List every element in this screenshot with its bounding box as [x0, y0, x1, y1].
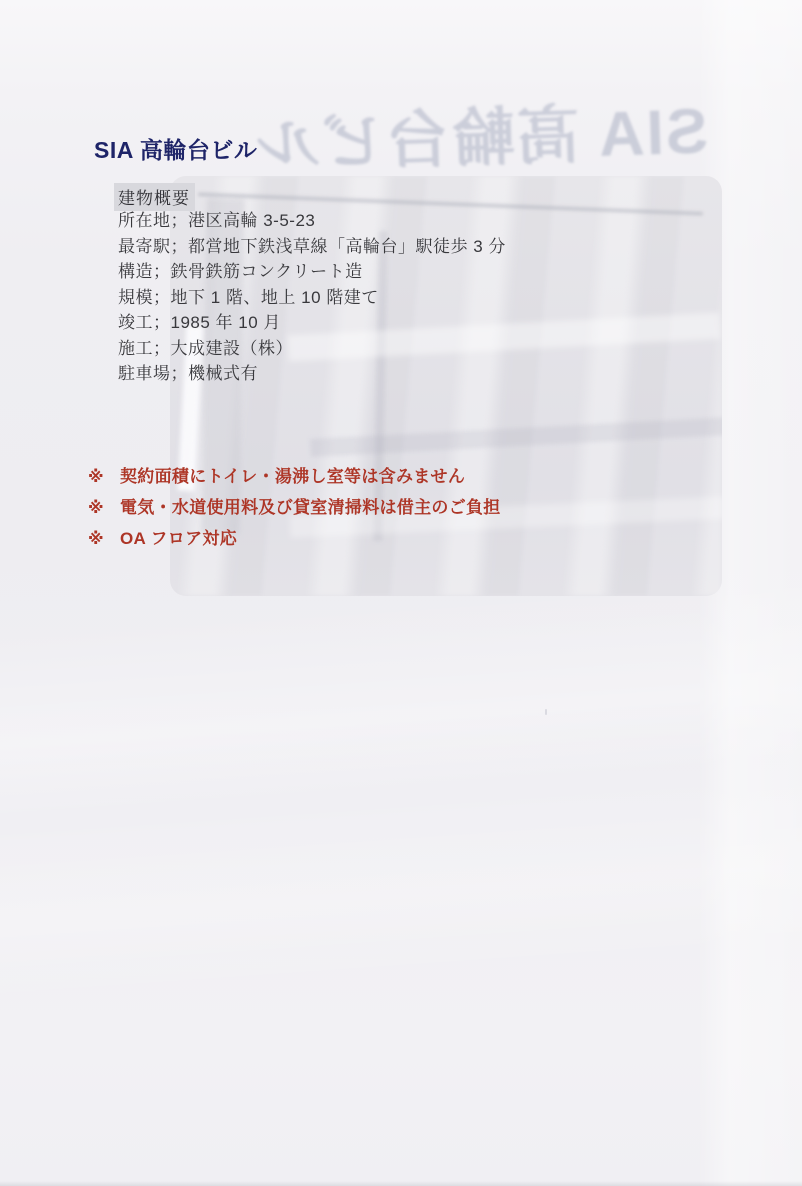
detail-line: 施工；大成建設（株）	[118, 336, 598, 362]
detail-line: 規模；地下 1 階、地上 10 階建て	[118, 285, 598, 311]
detail-line: 最寄駅；都営地下鉄浅草線「高輪台」駅徒歩 3 分	[118, 234, 598, 260]
detail-line: 竣工；1985 年 10 月	[118, 310, 598, 336]
note-line: ※OA フロア対応	[88, 524, 648, 555]
page-content: SIA 高輪台ビル 建物概要 所在地；港区高輪 3-5-23 最寄駅；都営地下鉄…	[0, 0, 802, 1186]
section-heading: 建物概要	[114, 183, 195, 211]
note-marker-icon: ※	[88, 529, 120, 549]
note-text: OA フロア対応	[120, 529, 237, 548]
detail-line: 構造；鉄骨鉄筋コンクリート造	[118, 259, 598, 285]
detail-line: 駐車場；機械式有	[118, 361, 598, 387]
note-text: 電気・水道使用料及び貸室清掃料は借主のご負担	[120, 498, 501, 517]
building-title: SIA 高輪台ビル	[94, 132, 257, 165]
detail-line: 所在地；港区高輪 3-5-23	[118, 208, 598, 234]
note-text: 契約面積にトイレ・湯沸し室等は含みません	[120, 467, 465, 486]
notes-list: ※契約面積にトイレ・湯沸し室等は含みません ※電気・水道使用料及び貸室清掃料は借…	[88, 462, 648, 555]
note-line: ※電気・水道使用料及び貸室清掃料は借主のご負担	[88, 493, 648, 524]
note-marker-icon: ※	[88, 498, 120, 518]
note-line: ※契約面積にトイレ・湯沸し室等は含みません	[88, 462, 648, 493]
building-details: 所在地；港区高輪 3-5-23 最寄駅；都営地下鉄浅草線「高輪台」駅徒歩 3 分…	[118, 208, 598, 387]
scanned-page: SIA 高輪台ビル SIA 高輪台ビル 建物概要 所在地；港区高輪 3-5-23…	[0, 0, 802, 1186]
note-marker-icon: ※	[88, 467, 120, 487]
